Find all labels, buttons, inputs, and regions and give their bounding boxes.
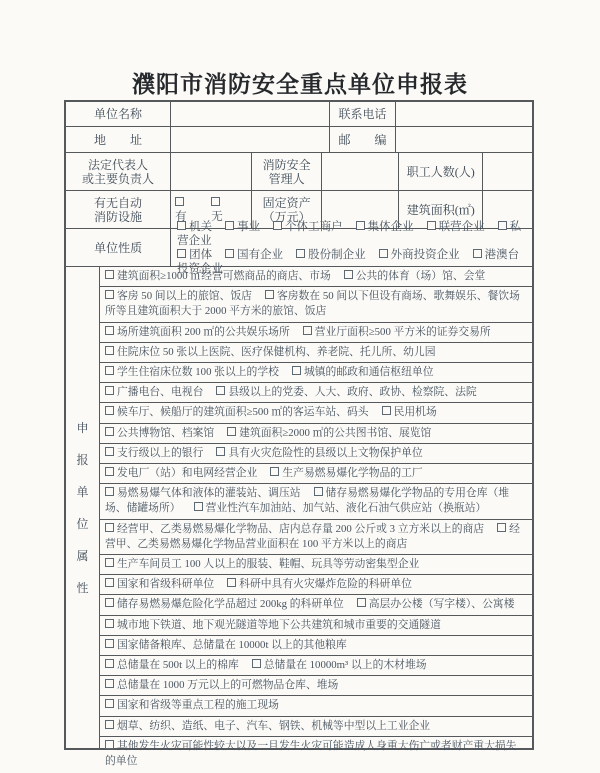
option-label: 营业厅面积≥500 平方米的证券交易所 <box>315 326 491 338</box>
side-label-char: 单 <box>76 483 88 500</box>
checkbox[interactable] <box>427 221 436 230</box>
option-label: 联营企业 <box>439 221 485 233</box>
option-label: 场所建筑面积 200 ㎡的公共娱乐场所 <box>117 326 290 338</box>
checkbox-option: 国家储备粮库、总储量在 10000t 以上的其他粮库 <box>105 639 347 651</box>
checkbox[interactable] <box>216 447 225 456</box>
declaration-attributes-section: 申报单位属性 建筑面积≥1000 ㎡经营可燃商品的商店、市场公共的体育（场）馆、… <box>66 266 532 748</box>
checkbox[interactable] <box>227 427 236 436</box>
option-label: 储存易燃易爆危险化学品超过 200kg 的科研单位 <box>117 598 344 610</box>
checkbox[interactable] <box>105 639 114 648</box>
checkbox[interactable] <box>356 221 365 230</box>
checkbox[interactable] <box>105 578 114 587</box>
checkbox[interactable] <box>314 487 323 496</box>
staff-count-value[interactable] <box>482 153 532 190</box>
attribute-row: 总储量在 1000 万元以上的可燃物品仓库、堆场 <box>100 675 532 695</box>
checkbox[interactable] <box>105 619 114 628</box>
legal-rep-value[interactable] <box>170 153 251 190</box>
fire-manager-label: 消防安全 管理人 <box>251 153 320 190</box>
option-label: 建筑面积≥2000 ㎡的公共图书馆、展览馆 <box>239 427 431 439</box>
checkbox[interactable] <box>105 740 114 749</box>
checkbox[interactable] <box>105 659 114 668</box>
checkbox[interactable] <box>105 523 114 532</box>
checkbox-option: 总储量在 500t 以上的棉库 <box>105 659 239 671</box>
checkbox[interactable] <box>105 720 114 729</box>
attribute-row: 场所建筑面积 200 ㎡的公共娱乐场所营业厅面积≥500 平方米的证券交易所 <box>100 322 532 342</box>
checkbox-option: 经营甲、乙类易燃易爆化学物品、店内总存量 200 公斤或 3 立方米以上的商店 <box>105 523 484 535</box>
checkbox-option: 国家和省级等重点工程的施工现场 <box>105 699 279 711</box>
checkbox[interactable] <box>105 346 114 355</box>
row-unit-nature: 单位性质 机关事业个体工商户集体企业联营企业私营企业 团体国有企业股份制企业外商… <box>66 228 532 266</box>
checkbox[interactable] <box>252 659 261 668</box>
checkbox[interactable] <box>177 221 186 230</box>
checkbox-option: 储存易燃易爆危险化学品超过 200kg 的科研单位 <box>105 598 344 610</box>
option-label: 具有火灾危险性的县级以上文物保护单位 <box>228 447 422 459</box>
option-label: 生产易燃易爆化学物品的工厂 <box>282 467 422 479</box>
checkbox-option: 公共的体育（场）馆、会堂 <box>344 270 486 282</box>
checkbox-option: 团体 <box>177 249 212 261</box>
checkbox-option: 事业 <box>225 221 260 233</box>
checkbox[interactable] <box>227 578 236 587</box>
checkbox[interactable] <box>265 290 274 299</box>
attribute-rows: 建筑面积≥1000 ㎡经营可燃商品的商店、市场公共的体育（场）馆、会堂客房 50… <box>99 267 532 748</box>
option-label: 公共博物馆、档案馆 <box>117 427 214 439</box>
option-label: 股份制企业 <box>308 249 366 261</box>
checkbox-option: 总储量在 1000 万元以上的可燃物品仓库、堆场 <box>105 679 338 691</box>
checkbox-option: 国有企业 <box>225 249 283 261</box>
side-label-char: 报 <box>76 451 88 468</box>
checkbox-option: 公共博物馆、档案馆 <box>105 427 214 439</box>
checkbox[interactable] <box>105 447 114 456</box>
checkbox[interactable] <box>225 221 234 230</box>
checkbox-option: 其他发生火灾可能性较大以及一旦发生火灾可能造成人身重大伤亡或者财产重大损失的单位 <box>105 740 516 767</box>
attribute-row: 国家储备粮库、总储量在 10000t 以上的其他粮库 <box>100 635 532 655</box>
checkbox[interactable] <box>273 221 282 230</box>
option-label: 国家储备粮库、总储量在 10000t 以上的其他粮库 <box>117 639 347 651</box>
attribute-row: 学生住宿床位数 100 张以上的学校城镇的邮政和通信枢纽单位 <box>100 362 532 382</box>
checkbox-option: 生产车间员工 100 人以上的服装、鞋帽、玩具等劳动密集型企业 <box>105 558 419 570</box>
option-label: 住院床位 50 张以上医院、医疗保健机构、养老院、托儿所、幼儿园 <box>117 346 436 358</box>
checkbox[interactable] <box>296 249 305 258</box>
checkbox[interactable] <box>105 406 114 415</box>
checkbox-option: 具有火灾危险性的县级以上文物保护单位 <box>216 447 422 459</box>
option-label: 集体企业 <box>368 221 414 233</box>
checkbox[interactable] <box>175 197 184 206</box>
attribute-row: 建筑面积≥1000 ㎡经营可燃商品的商店、市场公共的体育（场）馆、会堂 <box>100 267 532 286</box>
form-table: 单位名称 联系电话 地 址 邮 编 法定代表人 或主要负责人 消防安全 管理人 … <box>64 100 534 750</box>
checkbox-option: 总储量在 10000m³ 以上的木材堆场 <box>252 659 427 671</box>
checkbox-option: 支行级以上的银行 <box>105 447 203 459</box>
attribute-row: 城市地下铁道、地下观光隧道等地下公共建筑和城市重要的交通隧道 <box>100 615 532 635</box>
checkbox[interactable] <box>105 427 114 436</box>
option-label: 事业 <box>237 221 260 233</box>
checkbox[interactable] <box>105 487 114 496</box>
unit-name-label: 单位名称 <box>66 102 170 126</box>
attribute-row: 候车厅、候船厅的建筑面积≥500 ㎡的客运车站、码头民用机场 <box>100 402 532 422</box>
checkbox[interactable] <box>382 406 391 415</box>
checkbox-option: 建筑面积≥1000 ㎡经营可燃商品的商店、市场 <box>105 270 331 282</box>
postcode-label: 邮 编 <box>329 127 395 152</box>
checkbox-option: 个体工商户 <box>273 221 343 233</box>
checkbox-option: 县级以上的党委、人大、政府、政协、检察院、法院 <box>216 386 476 398</box>
checkbox[interactable] <box>303 326 312 335</box>
section-side-label: 申报单位属性 <box>66 267 99 748</box>
checkbox[interactable] <box>105 558 114 567</box>
legal-rep-label: 法定代表人 或主要负责人 <box>66 153 170 190</box>
form-page: 濮阳市消防安全重点单位申报表 单位名称 联系电话 地 址 邮 编 法定代表人 或… <box>0 0 600 773</box>
attribute-row: 储存易燃易爆危险化学品超过 200kg 的科研单位高层办公楼（写字楼）、公寓楼 <box>100 594 532 614</box>
checkbox-option: 机关 <box>177 221 212 233</box>
option-label: 建筑面积≥1000 ㎡经营可燃商品的商店、市场 <box>117 270 331 282</box>
checkbox-option: 场所建筑面积 200 ㎡的公共娱乐场所 <box>105 326 290 338</box>
attribute-row: 烟草、纺织、造纸、电子、汽车、钢铁、机械等中型以上工业企业 <box>100 716 532 736</box>
unit-nature-options: 机关事业个体工商户集体企业联营企业私营企业 团体国有企业股份制企业外商投资企业港… <box>170 229 532 266</box>
option-label: 生产车间员工 100 人以上的服装、鞋帽、玩具等劳动密集型企业 <box>117 558 419 570</box>
option-label: 客房 50 间以上的旅馆、饭店 <box>117 290 252 302</box>
attribute-row: 客房 50 间以上的旅馆、饭店客房数在 50 间以下但设有商场、歌舞娱乐、餐饮场… <box>100 286 532 321</box>
attribute-row: 总储量在 500t 以上的棉库总储量在 10000m³ 以上的木材堆场 <box>100 655 532 675</box>
checkbox[interactable] <box>105 679 114 688</box>
page-title: 濮阳市消防安全重点单位申报表 <box>0 66 600 99</box>
option-label: 营业性汽车加油站、加气站、液化石油气供应站（换瓶站） <box>206 502 487 514</box>
checkbox-option: 联营企业 <box>427 221 485 233</box>
attribute-row: 发电厂（站）和电网经营企业生产易燃易爆化学物品的工厂 <box>100 463 532 483</box>
option-label: 团体 <box>189 249 212 261</box>
checkbox[interactable] <box>105 699 114 708</box>
address-label: 地 址 <box>66 127 170 152</box>
contact-phone-value[interactable] <box>395 102 532 126</box>
checkbox[interactable] <box>379 249 388 258</box>
checkbox[interactable] <box>194 502 203 511</box>
checkbox-option: 烟草、纺织、造纸、电子、汽车、钢铁、机械等中型以上工业企业 <box>105 720 430 732</box>
checkbox[interactable] <box>357 598 366 607</box>
checkbox[interactable] <box>344 270 353 279</box>
option-label: 其他发生火灾可能性较大以及一旦发生火灾可能造成人身重大伤亡或者财产重大损失的单位 <box>105 740 516 767</box>
checkbox-option: 集体企业 <box>356 221 414 233</box>
option-label: 公共的体育（场）馆、会堂 <box>356 270 486 282</box>
checkbox-option: 广播电台、电视台 <box>105 386 203 398</box>
checkbox-option: 民用机场 <box>382 406 437 418</box>
checkbox-option: 城镇的邮政和通信枢纽单位 <box>292 366 434 378</box>
checkbox[interactable] <box>105 290 114 299</box>
option-label: 总储量在 1000 万元以上的可燃物品仓库、堆场 <box>117 679 338 691</box>
attribute-row: 支行级以上的银行具有火灾危险性的县级以上文物保护单位 <box>100 443 532 463</box>
option-label: 总储量在 10000m³ 以上的木材堆场 <box>264 659 427 671</box>
option-label: 外商投资企业 <box>391 249 460 261</box>
option-label: 总储量在 500t 以上的棉库 <box>117 659 239 671</box>
unit-name-value[interactable] <box>170 102 329 126</box>
checkbox-option: 外商投资企业 <box>379 249 460 261</box>
checkbox-option: 高层办公楼（写字楼）、公寓楼 <box>357 598 515 610</box>
checkbox-option: 建筑面积≥2000 ㎡的公共图书馆、展览馆 <box>227 427 431 439</box>
attribute-row: 经营甲、乙类易燃易爆化学物品、店内总存量 200 公斤或 3 立方米以上的商店经… <box>100 519 532 554</box>
option-label: 烟草、纺织、造纸、电子、汽车、钢铁、机械等中型以上工业企业 <box>117 720 430 732</box>
option-label: 个体工商户 <box>285 221 343 233</box>
checkbox-option: 住院床位 50 张以上医院、医疗保健机构、养老院、托儿所、幼儿园 <box>105 346 436 358</box>
checkbox[interactable] <box>105 598 114 607</box>
checkbox-option: 国家和省级科研单位 <box>105 578 214 590</box>
checkbox[interactable] <box>105 270 114 279</box>
option-label: 国家和省级等重点工程的施工现场 <box>117 699 279 711</box>
checkbox-option: 科研中具有火灾爆炸危险的科研单位 <box>227 578 412 590</box>
attribute-row: 住院床位 50 张以上医院、医疗保健机构、养老院、托儿所、幼儿园 <box>100 342 532 362</box>
checkbox[interactable] <box>497 523 506 532</box>
attribute-row: 广播电台、电视台县级以上的党委、人大、政府、政协、检察院、法院 <box>100 382 532 402</box>
option-label: 易燃易爆气体和液体的灌装站、调压站 <box>117 487 301 499</box>
option-label: 广播电台、电视台 <box>117 386 203 398</box>
row-legal-rep: 法定代表人 或主要负责人 消防安全 管理人 职工人数(人) <box>66 152 532 190</box>
side-label-char: 位 <box>76 515 88 532</box>
row-unit-name: 单位名称 联系电话 <box>66 102 532 126</box>
option-label: 国家和省级科研单位 <box>117 578 214 590</box>
option-label: 国有企业 <box>237 249 283 261</box>
checkbox-option: 生产易燃易爆化学物品的工厂 <box>270 467 422 479</box>
checkbox-option: 发电厂（站）和电网经营企业 <box>105 467 257 479</box>
checkbox-option: 城市地下铁道、地下观光隧道等地下公共建筑和城市重要的交通隧道 <box>105 619 441 631</box>
option-label: 经营甲、乙类易燃易爆化学物品、店内总存量 200 公斤或 3 立方米以上的商店 <box>117 523 484 535</box>
checkbox-option: 股份制企业 <box>296 249 366 261</box>
checkbox-option: 候车厅、候船厅的建筑面积≥500 ㎡的客运车站、码头 <box>105 406 369 418</box>
side-label-char: 性 <box>76 579 88 596</box>
checkbox-option: 客房 50 间以上的旅馆、饭店 <box>105 290 252 302</box>
option-label: 县级以上的党委、人大、政府、政协、检察院、法院 <box>228 386 476 398</box>
option-label: 候车厅、候船厅的建筑面积≥500 ㎡的客运车站、码头 <box>117 406 369 418</box>
attribute-row: 易燃易爆气体和液体的灌装站、调压站储存易燃易爆化学物品的专用仓库（堆场、储罐场所… <box>100 483 532 518</box>
checkbox[interactable] <box>105 467 114 476</box>
checkbox[interactable] <box>498 221 507 230</box>
contact-phone-label: 联系电话 <box>329 102 395 126</box>
unit-nature-options-line1: 机关事业个体工商户集体企业联营企业私营企业 <box>177 220 528 248</box>
side-label-char: 属 <box>76 547 88 564</box>
checkbox[interactable] <box>105 386 114 395</box>
checkbox-option: 易燃易爆气体和液体的灌装站、调压站 <box>105 487 301 499</box>
fire-manager-value[interactable] <box>321 153 398 190</box>
option-label: 机关 <box>189 221 212 233</box>
checkbox[interactable] <box>177 249 186 258</box>
attribute-row: 其他发生火灾可能性较大以及一旦发生火灾可能造成人身重大伤亡或者财产重大损失的单位 <box>100 736 532 771</box>
option-label: 高层办公楼（写字楼）、公寓楼 <box>369 598 515 610</box>
checkbox[interactable] <box>211 197 220 206</box>
checkbox[interactable] <box>292 366 301 375</box>
unit-nature-label: 单位性质 <box>66 229 170 266</box>
option-label: 城市地下铁道、地下观光隧道等地下公共建筑和城市重要的交通隧道 <box>117 619 441 631</box>
checkbox-option: 学生住宿床位数 100 张以上的学校 <box>105 366 279 378</box>
attribute-row: 国家和省级科研单位科研中具有火灾爆炸危险的科研单位 <box>100 574 532 594</box>
option-label: 民用机场 <box>394 406 437 418</box>
checkbox[interactable] <box>270 467 279 476</box>
option-label: 城镇的邮政和通信枢纽单位 <box>304 366 434 378</box>
checkbox-option: 营业性汽车加油站、加气站、液化石油气供应站（换瓶站） <box>194 502 487 514</box>
attribute-row: 生产车间员工 100 人以上的服装、鞋帽、玩具等劳动密集型企业 <box>100 554 532 574</box>
checkbox[interactable] <box>225 249 234 258</box>
option-label: 学生住宿床位数 100 张以上的学校 <box>117 366 279 378</box>
address-value[interactable] <box>170 127 329 152</box>
option-label: 科研中具有火灾爆炸危险的科研单位 <box>239 578 412 590</box>
attribute-row: 国家和省级等重点工程的施工现场 <box>100 695 532 715</box>
staff-count-label: 职工人数(人) <box>398 153 482 190</box>
auto-fire-label: 有无自动 消防设施 <box>66 191 170 228</box>
side-label-char: 申 <box>76 419 88 436</box>
checkbox[interactable] <box>105 326 114 335</box>
checkbox[interactable] <box>105 366 114 375</box>
checkbox[interactable] <box>473 249 482 258</box>
postcode-value[interactable] <box>395 127 532 152</box>
option-label: 发电厂（站）和电网经营企业 <box>117 467 257 479</box>
checkbox[interactable] <box>216 386 225 395</box>
row-address: 地 址 邮 编 <box>66 126 532 152</box>
attribute-row: 公共博物馆、档案馆建筑面积≥2000 ㎡的公共图书馆、展览馆 <box>100 423 532 443</box>
checkbox-option: 营业厅面积≥500 平方米的证券交易所 <box>303 326 491 338</box>
option-label: 支行级以上的银行 <box>117 447 203 459</box>
